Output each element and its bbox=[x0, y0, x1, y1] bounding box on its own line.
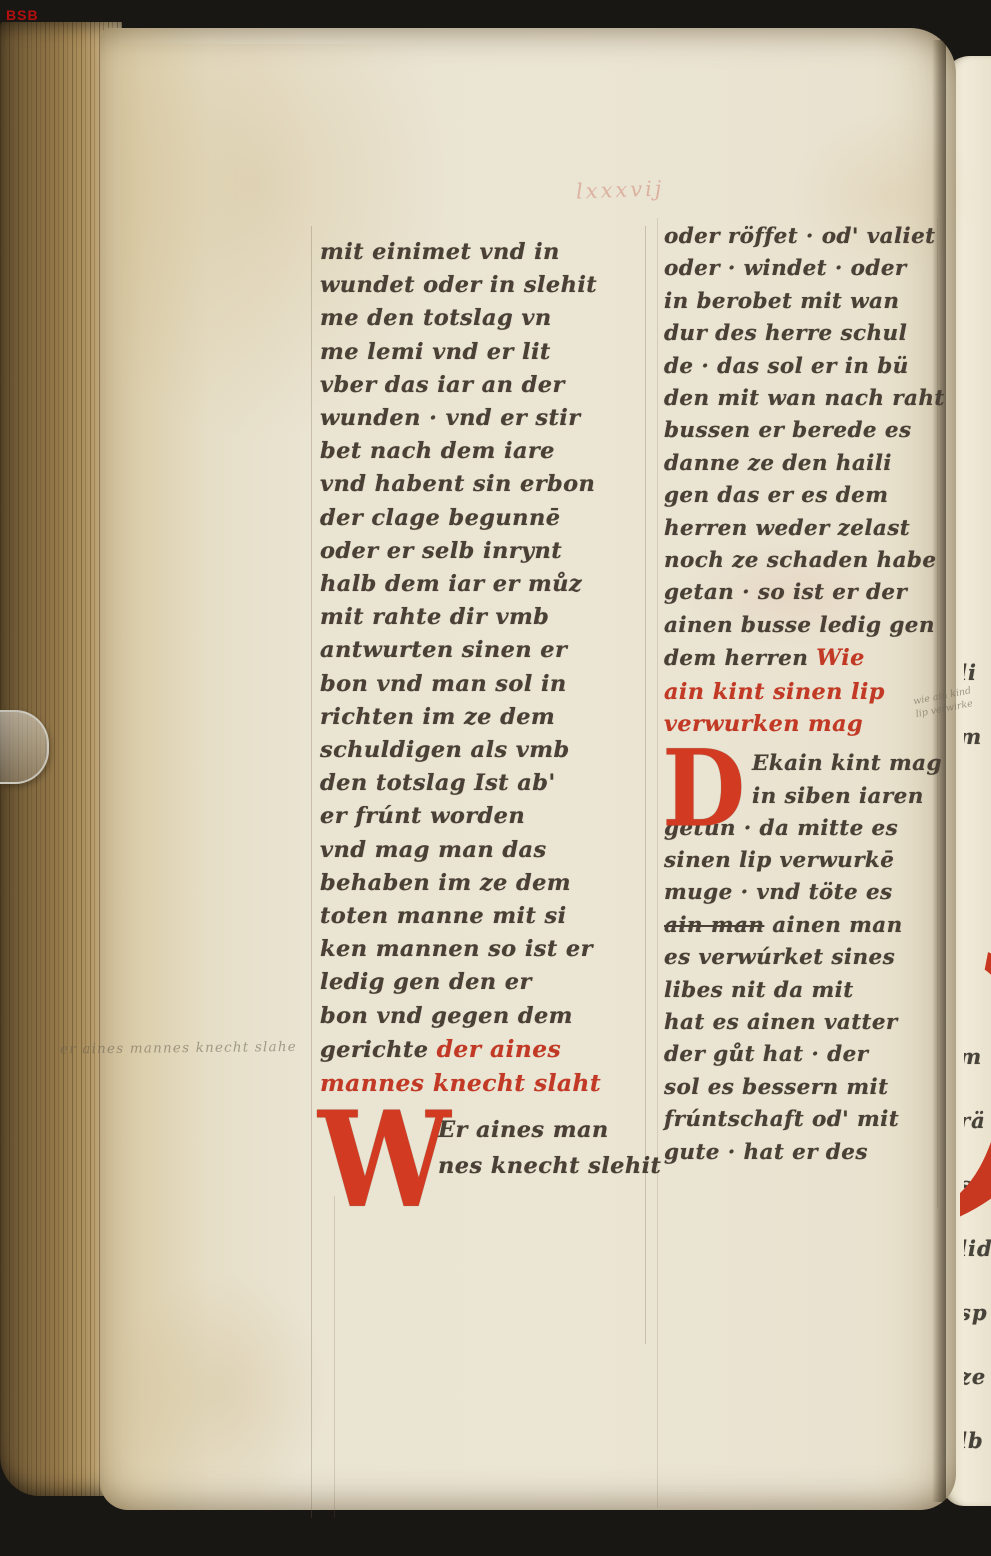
left-text-column: mit einimet vnd inwundet oder in slehitm… bbox=[320, 236, 650, 1184]
manuscript-line: gen das er es dem bbox=[664, 480, 944, 512]
illuminated-initial-W: W bbox=[318, 1104, 451, 1216]
manuscript-line: me den totslag vn bbox=[320, 302, 650, 335]
library-watermark: BSB bbox=[6, 7, 39, 23]
text-fragment: lb bbox=[964, 1428, 991, 1492]
rubric-segment: der aines bbox=[437, 1035, 561, 1063]
manuscript-line: halb dem iar er můz bbox=[320, 568, 650, 601]
struck-text: ain man bbox=[664, 913, 764, 938]
text-fragment bbox=[964, 788, 991, 852]
manuscript-line: ainen busse ledig gen bbox=[664, 610, 944, 642]
manuscript-line: hat es ainen vatter bbox=[664, 1007, 944, 1039]
text-fragment: m bbox=[964, 724, 991, 788]
manuscript-line: behaben im ze dem bbox=[320, 867, 650, 900]
manuscript-line: libes nit da mit bbox=[664, 975, 944, 1007]
ruling-line bbox=[657, 218, 658, 1508]
line-black-segment: dem herren bbox=[664, 646, 816, 671]
manuscript-line: me lemi vnd er lit bbox=[320, 336, 650, 369]
manuscript-line: den totslag Ist ab' bbox=[320, 767, 650, 800]
manuscript-line: in siben iaren bbox=[752, 780, 944, 813]
right-text-column: oder röffet · od' valietoder · windet · … bbox=[664, 221, 944, 1169]
initial-paragraph: W Er aines mannes knecht slehit bbox=[320, 1100, 650, 1184]
rubric-line: ain kint sinen lip bbox=[664, 676, 944, 708]
manuscript-line: getan · so ist er der bbox=[664, 577, 944, 609]
marginal-note-left: er aines mannes knecht slahe bbox=[60, 1039, 335, 1058]
illuminated-initial-D: D bbox=[662, 743, 746, 835]
manuscript-line: toten manne mit si bbox=[320, 900, 650, 933]
manuscript-line: bet nach dem iare bbox=[320, 435, 650, 468]
manuscript-line-strikethrough: ain man ainen man bbox=[664, 910, 944, 942]
manuscript-line: dur des herre schul bbox=[664, 318, 944, 350]
ruling-line bbox=[311, 226, 312, 1518]
manuscript-line: nes knecht slehit bbox=[438, 1148, 650, 1184]
manuscript-line: der clage begunnē bbox=[320, 502, 650, 535]
manuscript-line: de · das sol er in bü bbox=[664, 351, 944, 383]
manuscript-line: in berobet mit wan bbox=[664, 286, 944, 318]
manuscript-line-mixed: dem herren Wie bbox=[664, 642, 944, 675]
manuscript-line: oder · windet · oder bbox=[664, 253, 944, 285]
manuscript-line: muge · vnd töte es bbox=[664, 877, 944, 909]
manuscript-line: bon vnd man sol in bbox=[320, 668, 650, 701]
manuscript-line: sol es bessern mit bbox=[664, 1072, 944, 1104]
text-fragment bbox=[964, 852, 991, 916]
rubric-segment: Wie bbox=[816, 645, 865, 671]
initial-paragraph: D Ekain kint magin siben iaren bbox=[664, 741, 944, 813]
manuscript-line: ledig gen den er bbox=[320, 966, 650, 999]
manuscript-line: bon vnd gegen dem bbox=[320, 1000, 650, 1033]
manuscript-line: es verwúrket sines bbox=[664, 942, 944, 974]
manuscript-line: oder röffet · od' valiet bbox=[664, 221, 944, 253]
manuscript-line: richten im ze dem bbox=[320, 701, 650, 734]
manuscript-line: vber das iar an der bbox=[320, 369, 650, 402]
manuscript-line: er frúnt worden bbox=[320, 800, 650, 833]
manuscript-line: den mit wan nach raht bbox=[664, 383, 944, 415]
manuscript-line: schuldigen als vmb bbox=[320, 734, 650, 767]
manuscript-line: Er aines man bbox=[438, 1112, 650, 1148]
manuscript-line: Ekain kint mag bbox=[752, 747, 944, 780]
manuscript-line: gute · hat er des bbox=[664, 1137, 944, 1169]
manuscript-line: mit rahte dir vmb bbox=[320, 601, 650, 634]
text-fragment: sp bbox=[964, 1300, 991, 1364]
line-black-segment: gerichte bbox=[320, 1037, 437, 1063]
manuscript-line: wundet oder in slehit bbox=[320, 269, 650, 302]
folio-number: lxxxvij bbox=[576, 176, 665, 203]
manuscript-line: mit einimet vnd in bbox=[320, 236, 650, 269]
manuscript-line: vnd mag man das bbox=[320, 834, 650, 867]
manuscript-line: bussen er berede es bbox=[664, 415, 944, 447]
ruling-line bbox=[334, 1196, 335, 1518]
manuscript-line-mixed: gerichte der aines bbox=[320, 1033, 650, 1067]
photograph-background: BSB limmräsmlidspzelb ) lxxxvij mit eini… bbox=[0, 0, 991, 1556]
manuscript-line: der gůt hat · der bbox=[664, 1039, 944, 1071]
line-segment: ainen man bbox=[772, 913, 902, 938]
text-fragment: ze bbox=[964, 1364, 991, 1428]
manuscript-line: oder er selb inrynt bbox=[320, 535, 650, 568]
manuscript-line: antwurten sinen er bbox=[320, 634, 650, 667]
manuscript-line: frúntschaft od' mit bbox=[664, 1104, 944, 1136]
manuscript-line: vnd habent sin erbon bbox=[320, 468, 650, 501]
manuscript-line: wunden · vnd er stir bbox=[320, 402, 650, 435]
manuscript-line: noch ze schaden habe bbox=[664, 545, 944, 577]
adjacent-page-initial-fragment: ) bbox=[960, 925, 991, 1255]
manuscript-line: danne ze den haili bbox=[664, 448, 944, 480]
manuscript-line: herren weder zelast bbox=[664, 513, 944, 545]
manuscript-line: ken mannen so ist er bbox=[320, 933, 650, 966]
